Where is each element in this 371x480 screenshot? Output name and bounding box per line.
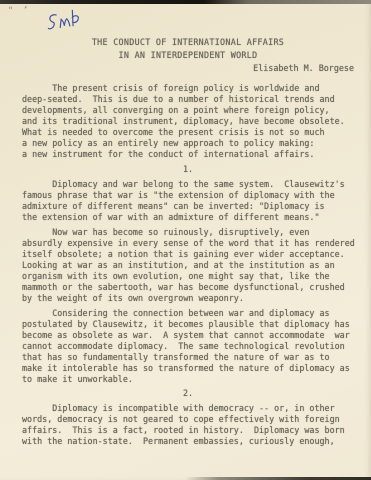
- document-body: The present crisis of foreign policy is …: [22, 83, 354, 447]
- paragraph: Considering the connection between war a…: [22, 308, 354, 385]
- text-line: Looking at war as an institution, and at…: [22, 260, 354, 271]
- scan-edge-top: [0, 0, 371, 4]
- text-line: famous phrase that war is "the extension…: [22, 190, 354, 201]
- text-line: the extension of war with an admixture o…: [22, 212, 354, 223]
- document-content: THE CONDUCT OF INTERNATIONAL AFFAIRS IN …: [22, 36, 354, 447]
- text-line: words, democracy is not geared to cope e…: [22, 414, 354, 425]
- text-line: Now war has become so ruinously, disrupt…: [22, 227, 354, 238]
- text-line: What is needed to overcome the present c…: [22, 127, 354, 138]
- text-line: by the weight of its own overgrown weapo…: [22, 293, 354, 304]
- title-line: IN AN INTERDEPENDENT WORLD: [22, 49, 354, 62]
- text-line: a new instrument for the conduct of inte…: [22, 149, 354, 160]
- text-line: a new policy as an entirely new approach…: [22, 138, 354, 149]
- text-line: cannot accommodate diplomacy. The same t…: [22, 341, 354, 352]
- text-line: admixture of different means" can be inv…: [22, 201, 354, 212]
- text-line: Diplomacy is incompatible with democracy…: [22, 403, 354, 414]
- pencil-mark: ’: [21, 4, 28, 17]
- section-number: 1.: [22, 164, 354, 175]
- text-line: itself obsolete; a notion that is gainin…: [22, 249, 354, 260]
- text-line: become as obsolete as war. A system that…: [22, 330, 354, 341]
- paragraph: Diplomacy and war belong to the same sys…: [22, 179, 354, 223]
- text-line: to make it unworkable.: [22, 374, 354, 385]
- text-line: Diplomacy and war belong to the same sys…: [22, 179, 354, 190]
- text-line: The present crisis of foreign policy is …: [22, 83, 354, 94]
- title-line: THE CONDUCT OF INTERNATIONAL AFFAIRS: [22, 36, 354, 49]
- text-line: postulated by Clausewitz, it becomes pla…: [22, 319, 354, 330]
- text-line: with the nation-state. Permanent embassi…: [22, 436, 354, 447]
- pencil-mark: ": [7, 6, 12, 16]
- paragraph: Diplomacy is incompatible with democracy…: [22, 403, 354, 447]
- text-line: deep-seated. This is due to a number of …: [22, 94, 354, 105]
- text-line: make it intolerable has so transformed t…: [22, 363, 354, 374]
- text-line: organism with its own evolution, one mig…: [22, 271, 354, 282]
- author-byline: Elisabeth M. Borgese: [22, 62, 354, 75]
- section-number: 2.: [22, 388, 354, 399]
- text-line: mammoth or the sabertooth, war has becom…: [22, 282, 354, 293]
- text-line: affairs. This is a fact, rooted in histo…: [22, 425, 354, 436]
- text-line: that has so fundamentally transformed th…: [22, 352, 354, 363]
- text-line: and its traditional instrument, diplomac…: [22, 116, 354, 127]
- document-title: THE CONDUCT OF INTERNATIONAL AFFAIRS IN …: [22, 36, 354, 62]
- paragraph: The present crisis of foreign policy is …: [22, 83, 354, 160]
- text-line: developments, all converging on a point …: [22, 105, 354, 116]
- typewritten-page: " ’ THE CONDUCT OF INTERNATIONAL AFFAIRS…: [0, 0, 371, 480]
- paragraph: Now war has become so ruinously, disrupt…: [22, 227, 354, 304]
- handwritten-initials-icon: [45, 7, 83, 35]
- text-line: absurdly expensive in every sense of the…: [22, 238, 354, 249]
- text-line: Considering the connection between war a…: [22, 308, 354, 319]
